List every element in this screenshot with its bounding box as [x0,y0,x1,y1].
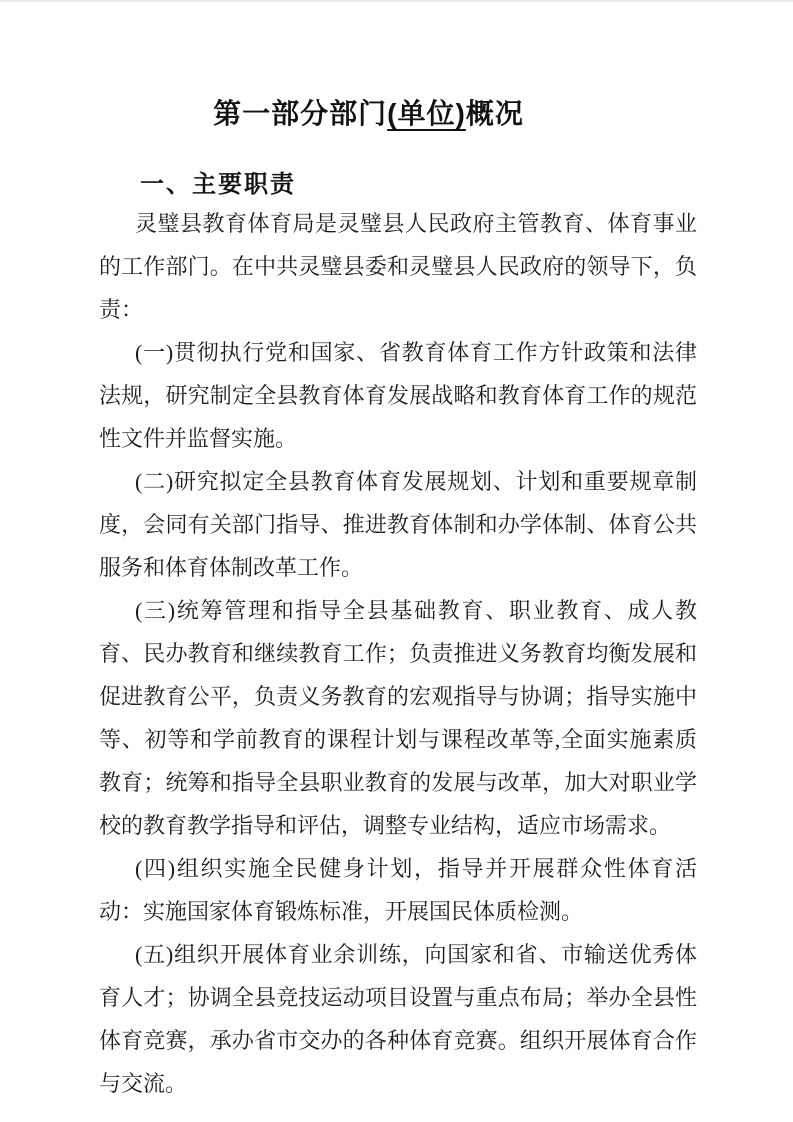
paragraph-duty-1: (一)贯彻执行党和国家、省教育体育工作方针政策和法律法规，研究制定全县教育体育发… [99,331,697,460]
document-body: 灵璧县教育体育局是灵璧县人民政府主管教育、体育事业的工作部门。在中共灵璧县委和灵… [99,202,697,1105]
title-underlined-text: (单位) [387,98,466,129]
paragraph-intro: 灵璧县教育体育局是灵璧县人民政府主管教育、体育事业的工作部门。在中共灵璧县委和灵… [99,202,697,331]
paragraph-duty-2: (二)研究拟定全县教育体育发展规划、计划和重要规章制度，会同有关部门指导、推进教… [99,460,697,589]
title-prefix: 第一部分部门 [213,98,387,129]
document-title-text: 第一部分部门(单位)概况 [213,96,524,132]
section-heading-main-duties: 一、主要职责 [140,170,793,200]
paragraph-duty-3: (三)统筹管理和指导全县基础教育、职业教育、成人教育、民办教育和继续教育工作；负… [99,589,697,847]
document-title: 第一部分部门(单位)概况 [0,2,793,132]
title-suffix: 概况 [466,98,524,129]
document-page: 第一部分部门(单位)概况 一、主要职责 灵璧县教育体育局是灵璧县人民政府主管教育… [0,0,793,1122]
paragraph-duty-4: (四)组织实施全民健身计划，指导并开展群众性体育活动：实施国家体育锻炼标准，开展… [99,847,697,933]
paragraph-duty-5: (五)组织开展体育业余训练，向国家和省、市输送优秀体育人才；协调全县竞技运动项目… [99,933,697,1105]
